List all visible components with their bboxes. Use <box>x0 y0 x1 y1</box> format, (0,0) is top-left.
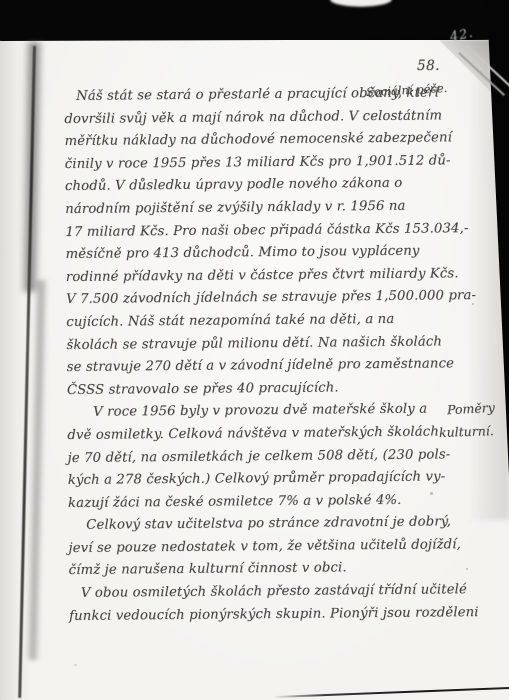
paper-speck <box>466 568 468 570</box>
handwritten-line: činily v roce 1955 přes 13 miliard Kčs p… <box>65 150 471 176</box>
handwritten-line: V 7.500 závodních jídelnách se stravuje … <box>66 285 472 311</box>
page-number: 58. <box>417 58 440 74</box>
scanned-document-page: 42. 58. Náš stát se stará o přestarlé a … <box>0 0 509 700</box>
handwritten-line: funkci vedoucích pionýrských skupin. Pio… <box>69 602 475 628</box>
margin-note-pomery: Poměry <box>447 400 495 417</box>
paper-speck <box>74 664 77 666</box>
scan-artifact-bump <box>330 0 392 7</box>
handwritten-text: Náš stát se stará o přestarlé a pracujíc… <box>64 82 475 628</box>
paper-speck <box>472 303 474 305</box>
paper-speck <box>430 492 433 495</box>
handwritten-line: se stravuje 270 dětí a v závodní jídelně… <box>67 353 473 379</box>
handwritten-line: dvě osmiletky. Celková návštěva v mateřs… <box>67 421 473 447</box>
handwritten-line: jeví se pouze nedostatek v tom, že větši… <box>68 534 474 560</box>
margin-note-kulturni: kulturní. <box>439 423 494 440</box>
scanner-black-band <box>0 0 509 41</box>
handwritten-line: kých a 278 českých.) Celkový průměr prop… <box>68 466 474 492</box>
